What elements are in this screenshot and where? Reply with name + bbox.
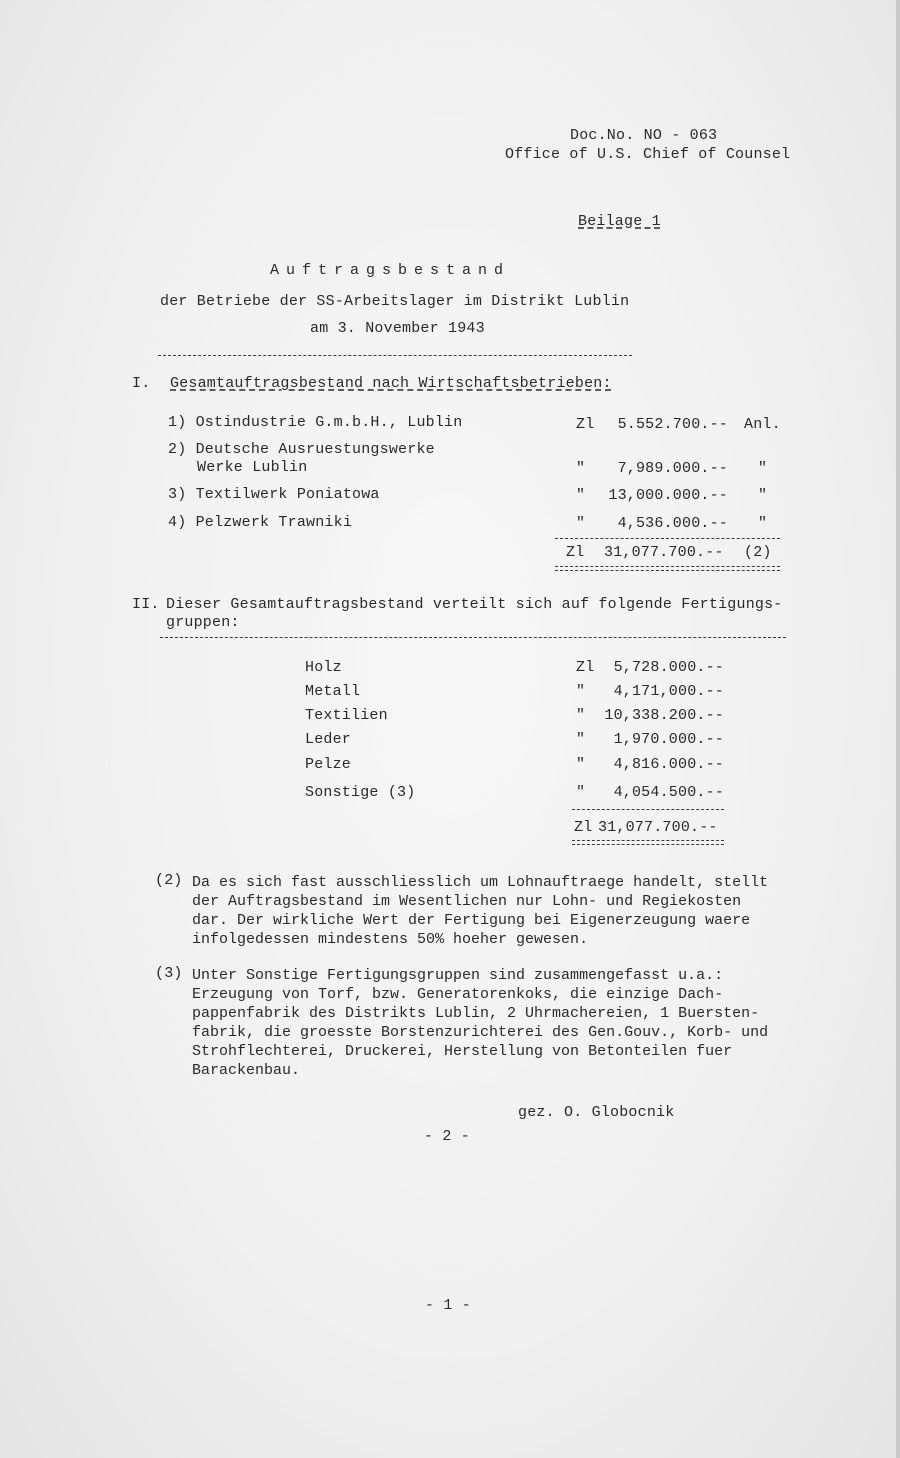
row-amount: 5,728.000.--	[592, 659, 724, 677]
row-amount: 10,338.200.--	[592, 707, 724, 725]
total-currency: Zl	[566, 544, 584, 562]
row-note: "	[758, 515, 767, 533]
section2-numeral: II.	[132, 596, 160, 614]
row-amount: 1,970.000.--	[592, 731, 724, 749]
footnote-line: Strohflechterei, Druckerei, Herstellung …	[192, 1042, 732, 1062]
total-double-rule	[555, 566, 780, 571]
footnote-line: Unter Sonstige Fertigungsgruppen sind zu…	[192, 966, 723, 986]
row-currency: "	[576, 756, 585, 774]
footnote-line: infolgedessen mindestens 50% hoeher gewe…	[192, 930, 588, 950]
footnote-marker: (2)	[155, 872, 183, 890]
title-date: am 3. November 1943	[310, 320, 485, 338]
signature: gez. O. Globocnik	[518, 1104, 674, 1122]
footnote-line: der Auftragsbestand im Wesentlichen nur …	[192, 892, 741, 912]
row-label: 4) Pelzwerk Trawniki	[168, 514, 352, 532]
row-note: "	[758, 487, 767, 505]
row-currency: "	[576, 707, 585, 725]
document-title: Auftragsbestand	[270, 262, 510, 280]
row-currency: "	[576, 515, 585, 533]
footnote-line: Barackenbau.	[192, 1061, 300, 1081]
row-note: "	[758, 460, 767, 478]
footnote-line: dar. Der wirkliche Wert der Fertigung be…	[192, 911, 750, 931]
attachment-label: Beilage 1	[578, 213, 661, 231]
title-subline: der Betriebe der SS-Arbeitslager im Dist…	[160, 293, 629, 311]
footnote-line: fabrik, die groesste Borstenzurichterei …	[192, 1023, 768, 1043]
footnote-line: Erzeugung von Torf, bzw. Generatorenkoks…	[192, 985, 723, 1005]
row-currency: "	[576, 784, 585, 802]
section2-heading-line2: gruppen:	[166, 614, 240, 632]
title-rule	[158, 355, 632, 356]
total-amount: 31,077.700.--	[604, 544, 724, 562]
doc-number: Doc.No. NO - 063	[570, 127, 717, 145]
total-amount: 31,077.700.--	[598, 819, 718, 837]
footnote-marker: (3)	[155, 965, 183, 983]
row-currency: "	[576, 460, 585, 478]
row-note: Anl.	[744, 416, 781, 434]
section1-heading: Gesamtauftragsbestand nach Wirtschaftsbe…	[170, 375, 612, 393]
row-label: 2) Deutsche Ausruestungswerke	[168, 441, 435, 459]
row-currency: "	[576, 487, 585, 505]
row-amount: 4,536.000.--	[590, 515, 728, 533]
row-label: Leder	[305, 731, 351, 749]
section2-rule	[160, 637, 786, 638]
row-amount: 7,989.000.--	[590, 460, 728, 478]
page-number: - 1 -	[425, 1297, 471, 1315]
row-label-continued: Werke Lublin	[197, 459, 307, 477]
footnote-line: Da es sich fast ausschliesslich um Lohna…	[192, 873, 768, 893]
page-edge-shadow	[896, 0, 900, 1458]
row-label: Pelze	[305, 756, 351, 774]
row-label: Sonstige (3)	[305, 784, 415, 802]
row-label: Textilien	[305, 707, 388, 725]
row-amount: 5.552.700.--	[590, 416, 728, 434]
row-amount: 4,171,000.--	[592, 683, 724, 701]
footnote-line: pappenfabrik des Distrikts Lublin, 2 Uhr…	[192, 1004, 759, 1024]
row-label: 3) Textilwerk Poniatowa	[168, 486, 380, 504]
row-amount: 4,054.500.--	[592, 784, 724, 802]
inner-page-number: - 2 -	[424, 1128, 470, 1146]
section1-numeral: I.	[132, 375, 150, 393]
row-label: 1) Ostindustrie G.m.b.H., Lublin	[168, 414, 462, 432]
total-double-rule	[572, 840, 724, 845]
office-line: Office of U.S. Chief of Counsel	[505, 146, 790, 164]
row-label: Metall	[305, 683, 360, 701]
section2-heading-line1: Dieser Gesamtauftragsbestand verteilt si…	[166, 596, 783, 614]
row-amount: 13,000.000.--	[590, 487, 728, 505]
total-currency: Zl	[574, 819, 592, 837]
total-note: (2)	[744, 544, 772, 562]
row-currency: "	[576, 683, 585, 701]
subtotal-rule	[572, 809, 724, 810]
scanned-document-page: Doc.No. NO - 063 Office of U.S. Chief of…	[0, 0, 900, 1458]
subtotal-rule	[555, 538, 780, 539]
row-amount: 4,816.000.--	[592, 756, 724, 774]
row-label: Holz	[305, 659, 342, 677]
row-currency: "	[576, 731, 585, 749]
